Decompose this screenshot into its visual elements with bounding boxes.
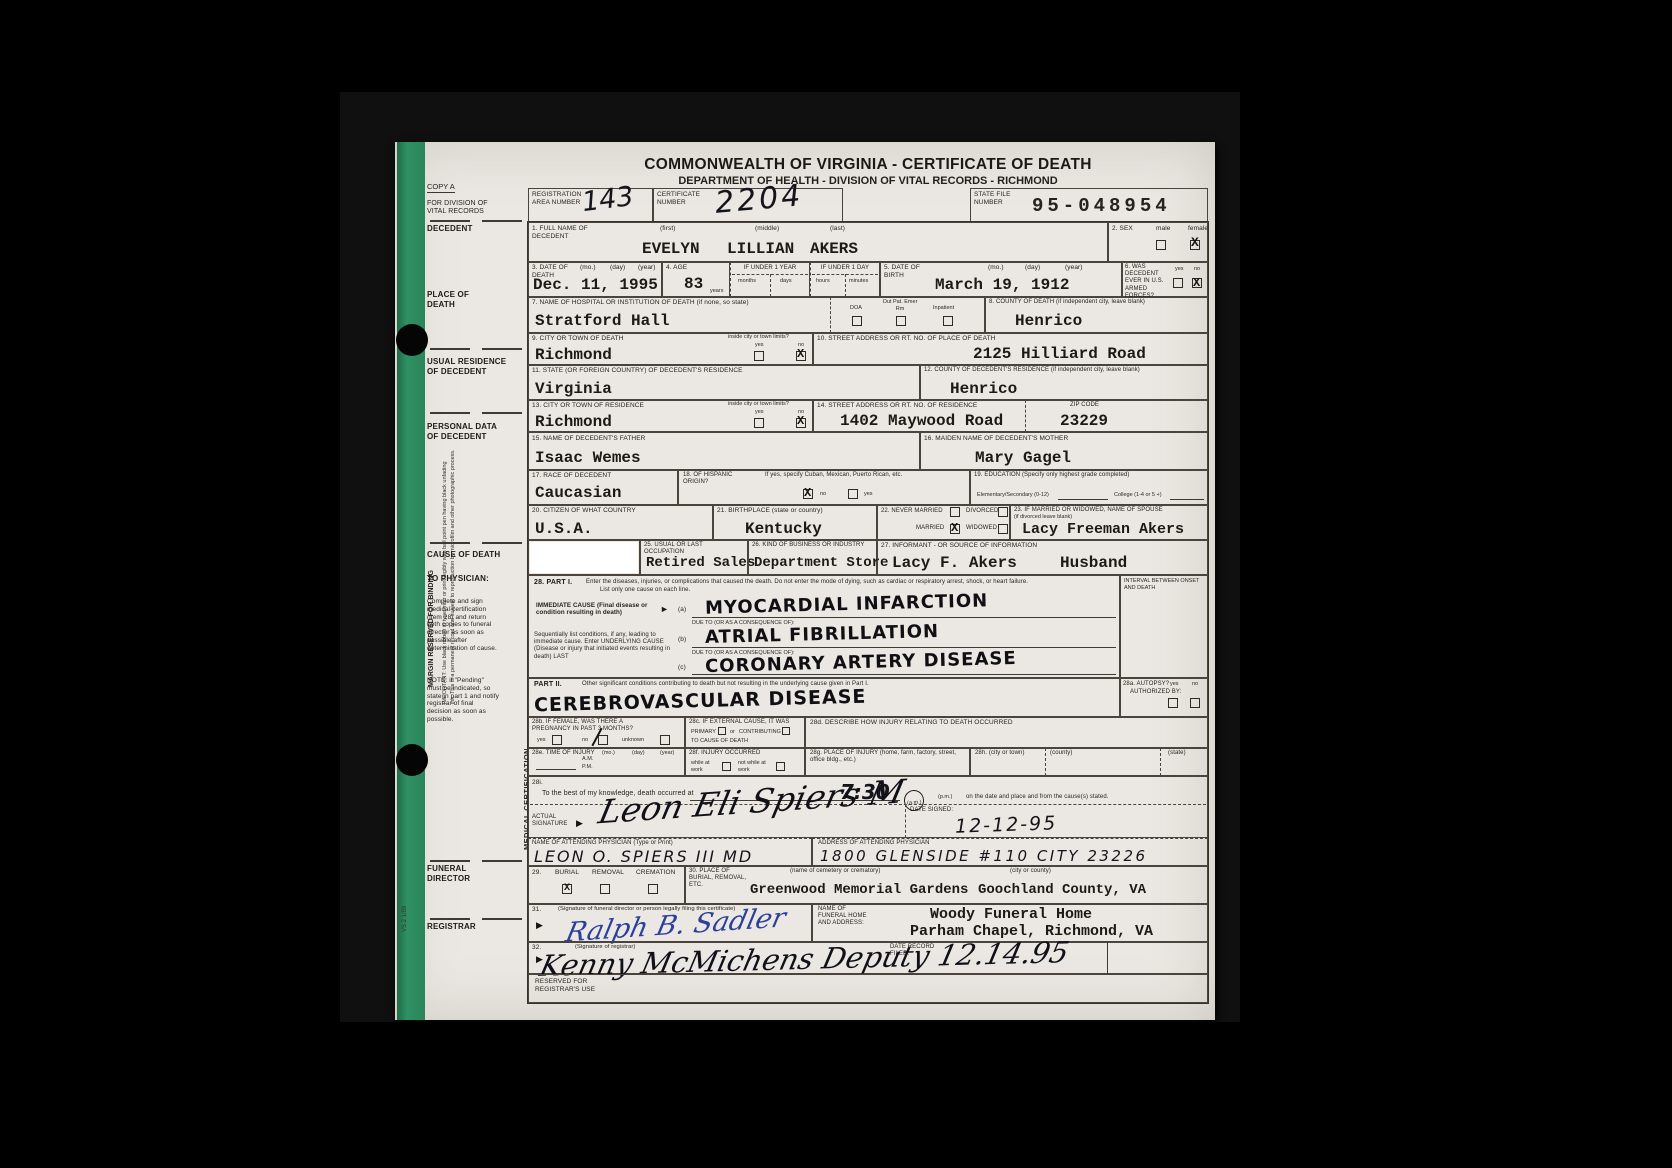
rail-registrar: REGISTRAR (427, 922, 476, 932)
rail-usual-residence: USUAL RESIDENCE OF DECEDENT (427, 357, 507, 377)
certification-text-after: on the date and place and from the cause… (966, 794, 1206, 801)
full-name-label: 1. FULL NAME OF DECEDENT (532, 225, 602, 241)
for-division-label: FOR DIVISION OF VITAL RECORDS (427, 200, 497, 217)
sex-label: 2. SEX (1112, 225, 1133, 233)
pm-label: P.M. (582, 764, 593, 771)
line-b-rule (692, 647, 1116, 648)
hours-label: hours (816, 278, 830, 285)
hispanic-yes-checkbox (848, 489, 858, 499)
part2-label: PART II. (534, 681, 562, 690)
actual-signature-pointer: ▶ (576, 818, 583, 829)
punch-hole-bottom (396, 744, 428, 776)
first-name-label: (first) (660, 225, 676, 233)
autopsy-no-label: no (1192, 681, 1198, 688)
rail-tick (482, 220, 522, 222)
certification-item-label: 28i. (532, 779, 543, 787)
hospital-label: 7. NAME OF HOSPITAL OR INSTITUTION OF DE… (532, 299, 832, 307)
primary-label: PRIMARY (691, 729, 716, 736)
place-of-injury-label: 28g. PLACE OF INJURY (home, farm, factor… (810, 750, 965, 764)
pregnancy-unknown-checkbox (660, 735, 670, 745)
sex-male-label: male (1156, 225, 1171, 233)
birthplace-label: 21. BIRTHPLACE (state or country) (717, 507, 823, 515)
rail-cause-of-death: CAUSE OF DEATH (427, 550, 522, 560)
rail-tick (430, 542, 470, 544)
cremation-label: CREMATION (636, 869, 675, 877)
date-signed-value: 12-12-95 (955, 812, 1058, 838)
age-years-label: years (710, 288, 723, 295)
death-limits-no-mark: X (797, 347, 804, 361)
divorced-checkbox (998, 507, 1008, 517)
never-married-label: 22. NEVER MARRIED (881, 508, 943, 515)
physician-addr-value: 1800 GLENSIDE #110 CITY 23226 (820, 847, 1148, 865)
middle-name-value: LILLIAN (727, 240, 794, 258)
informant-value: Lacy F. Akers (892, 554, 1017, 572)
registrar-right-divider (1107, 942, 1108, 974)
part1-text2: List only one cause on each line. (600, 587, 800, 594)
not-while-at-work-label: not while at work (738, 760, 772, 773)
injury-loc-divider1 (1045, 748, 1046, 776)
while-at-work-label: while at work (691, 760, 719, 773)
hispanic-label: 18. OF HISPANIC ORIGIN? (683, 472, 758, 486)
removal-checkbox (600, 884, 610, 894)
last-name-label: (last) (830, 225, 845, 233)
armed-yes-checkbox (1173, 278, 1183, 288)
burial-city-label: (city or county) (1010, 868, 1051, 875)
pregnancy-yes-label: yes (537, 737, 546, 744)
college-blank (1170, 499, 1204, 500)
father-label: 15. NAME OF DECEDENT'S FATHER (532, 435, 645, 443)
hospital-value: Stratford Hall (535, 312, 669, 330)
burial-city-value: Goochland County, VA (978, 882, 1146, 898)
rail-funeral-director: FUNERAL DIRECTOR (427, 864, 497, 884)
inpatient-checkbox (943, 316, 953, 326)
spouse-note: (if divorced leave blank) (1014, 514, 1072, 521)
funeral-home-line1: Woody Funeral Home (930, 906, 1092, 923)
county-of-death-label: 8. COUNTY OF DEATH (if independent city,… (989, 299, 1204, 306)
injury-day-label: (day) (632, 750, 645, 757)
residence-county-value: Henrico (950, 380, 1017, 398)
rail-personal-data: PERSONAL DATA OF DECEDENT (427, 422, 507, 442)
physician-name-value: LEON O. SPIERS III MD (534, 847, 753, 866)
cremation-checkbox (648, 884, 658, 894)
residence-street-label: 14. STREET ADDRESS OR RT. NO. OF RESIDEN… (817, 402, 977, 410)
citizen-label: 20. CITIZEN OF WHAT COUNTRY (532, 507, 636, 515)
residence-limits-label: inside city or town limits? (728, 401, 808, 408)
armed-no-mark: X (1193, 276, 1200, 290)
disposition-item-label: 29. (532, 869, 541, 877)
am-circled-label: (a.m.) (907, 799, 922, 806)
date-of-birth-value: March 19, 1912 (935, 276, 1069, 294)
rail-tick (430, 860, 470, 862)
outpat-checkbox (896, 316, 906, 326)
state-file-value: 95-048954 (1032, 195, 1171, 217)
married-checkbox: X (950, 524, 960, 534)
dod-mo-label: (mo.) (580, 264, 596, 272)
external-cause-label: 28c. IF EXTERNAL CAUSE, IT WAS (689, 719, 789, 726)
not-while-at-work-checkbox (776, 762, 785, 771)
or-label: or (730, 729, 735, 736)
rail-place-of-death: PLACE OF DEATH (427, 290, 497, 310)
divorced-label: DIVORCED (966, 508, 998, 515)
registration-area-value: 143 (580, 181, 635, 218)
elementary-blank (1058, 499, 1108, 500)
middle-name-label: (middle) (755, 225, 779, 233)
informant-relation: Husband (1060, 554, 1127, 572)
widowed-checkbox (998, 524, 1008, 534)
rail-tick (430, 220, 470, 222)
cemetery-label: (name of cemetery or crematory) (790, 868, 880, 875)
form-code: VS 2 1/89 (402, 877, 408, 932)
elementary-label: Elementary/Secondary (0-12) (977, 492, 1049, 499)
armed-no-checkbox: X (1192, 278, 1202, 288)
authorized-by-label: AUTHORIZED BY: (1130, 689, 1181, 696)
residence-street-value: 1402 Maywood Road (840, 412, 1003, 430)
last-name-value: AKERS (810, 240, 858, 258)
street-of-death-value: 2125 Hilliard Road (973, 345, 1146, 363)
never-married-checkbox (950, 507, 960, 517)
inpatient-label: Inpatient (933, 305, 954, 312)
armed-forces-label: 6. WAS DECEDENT EVER IN U.S. ARMED FORCE… (1125, 264, 1171, 300)
industry-value: Department Store (754, 555, 888, 571)
outpat-label: Out Pat. Emer Rm (882, 299, 918, 312)
to-cause-label: TO CAUSE OF DEATH (691, 738, 748, 745)
hispanic-no-label: no (820, 491, 826, 498)
death-limits-label: inside city or town limits? (728, 334, 808, 341)
under-1-year-label: IF UNDER 1 YEAR (730, 265, 810, 272)
widowed-label: WIDOWED (966, 525, 997, 532)
age-value: 83 (684, 275, 703, 293)
rail-decedent: DECEDENT (427, 224, 473, 234)
injury-mo-label: (mo.) (602, 750, 615, 757)
city-of-death-label: 9. CITY OR TOWN OF DEATH (532, 335, 623, 343)
line-a-tag: (a) (678, 606, 686, 614)
mother-label: 16. MAIDEN NAME OF DECEDENT'S MOTHER (924, 435, 1068, 443)
rail-tick (482, 542, 522, 544)
residence-city-value: Richmond (535, 413, 612, 431)
days-label: days (780, 278, 792, 285)
immediate-cause-label: IMMEDIATE CAUSE (Final disease or condit… (536, 602, 656, 617)
injury-occurred-label: 28f. INJURY OCCURRED (689, 750, 760, 757)
immediate-cause-arrow: ► (660, 604, 669, 614)
occupation-value: Retired Sales (646, 555, 755, 571)
hours-minutes-divider (845, 274, 846, 297)
father-value: Isaac Wemes (535, 449, 641, 467)
burial-mark: X (564, 883, 570, 894)
cemetery-value: Greenwood Memorial Gardens (750, 882, 968, 898)
copy-label: COPY A (427, 182, 455, 193)
injury-time-blank (536, 769, 576, 770)
zip-value: 23229 (1060, 412, 1108, 430)
redaction-box (530, 542, 638, 573)
zip-label: ZIP CODE (1070, 402, 1099, 409)
pregnancy-label: 28b. IF FEMALE, WAS THERE A PREGNANCY IN… (532, 719, 662, 733)
injury-year-label: (year) (660, 750, 674, 757)
dob-day-label: (day) (1025, 264, 1040, 272)
residence-limits-yes-label: yes (755, 409, 764, 416)
contributing-label: CONTRIBUTING (739, 729, 781, 736)
margin-binding-text: MARGIN RESERVED FOR BINDING (428, 507, 435, 687)
autopsy-no-checkbox (1190, 698, 1200, 708)
actual-signature-label: ACTUAL SIGNATURE (532, 814, 574, 828)
burial-label: BURIAL (555, 869, 579, 877)
race-label: 17. RACE OF DECEDENT (532, 472, 611, 480)
armed-yes-label: yes (1175, 266, 1184, 273)
college-label: College (1-4 or 5 +) (1114, 492, 1162, 499)
funeral-home-label: NAME OF FUNERAL HOME AND ADDRESS: (818, 906, 876, 928)
street-of-death-label: 10. STREET ADDRESS OR RT. NO. OF PLACE O… (817, 335, 995, 343)
residence-city-label: 13. CITY OR TOWN OF RESIDENCE (532, 402, 644, 410)
pregnancy-unknown-label: unknown (622, 737, 644, 744)
rail-to-physician: TO PHYSICIAN: (427, 574, 497, 584)
describe-injury-label: 28d. DESCRIBE HOW INJURY RELATING TO DEA… (810, 719, 1013, 727)
sequential-label: Sequentially list conditions, if any, le… (534, 632, 674, 661)
rail-tick (482, 918, 522, 920)
registrar-item-label: 32. (532, 944, 541, 952)
residence-county-label: 12. COUNTY OF DECEDENT'S RESIDENCE (if i… (924, 367, 1204, 374)
county-of-death-value: Henrico (1015, 312, 1082, 330)
state-file-label: STATE FILE NUMBER (974, 191, 1024, 207)
pregnancy-yes-checkbox (552, 735, 562, 745)
education-label: 19. EDUCATION (Specify only highest grad… (974, 472, 1204, 479)
hispanic-no-mark: X (804, 486, 811, 500)
rail-tick (430, 412, 470, 414)
under-1-day-label: IF UNDER 1 DAY (810, 265, 880, 272)
sex-female-checkbox: X (1190, 240, 1200, 250)
autopsy-yes-checkbox (1168, 698, 1178, 708)
sex-female-label: female (1188, 225, 1208, 233)
date-of-death-value: Dec. 11, 1995 (533, 276, 658, 294)
rail-physician-note2: NOTE: if "Pending" must be indicated, so… (427, 677, 499, 724)
reserved-label: RESERVED FOR REGISTRAR'S USE (535, 978, 615, 994)
spouse-value: Lacy Freeman Akers (1022, 521, 1184, 538)
married-label: MARRIED (916, 525, 944, 532)
doa-label: DOA (850, 305, 862, 312)
part1-label: 28. PART I. (534, 579, 572, 588)
residence-limits-yes-checkbox (754, 418, 764, 428)
contributing-checkbox (782, 727, 790, 735)
death-limits-yes-label: yes (755, 342, 764, 349)
dob-year-label: (year) (1065, 264, 1083, 272)
hispanic-yes-label: yes (864, 491, 873, 498)
primary-checkbox (718, 727, 726, 735)
injury-loc-divider2 (1160, 748, 1161, 776)
death-certificate-sheet: MARGIN RESERVED FOR BINDING IMPORTANT: U… (395, 142, 1215, 1020)
rail-tick (430, 348, 470, 350)
zip-divider (1025, 400, 1026, 432)
residence-state-label: 11. STATE (OR FOREIGN COUNTRY) OF DECEDE… (532, 367, 743, 375)
autopsy-yes-label: yes (1170, 681, 1179, 688)
date-signed-label: DATE SIGNED: (910, 807, 953, 814)
armed-no-label: no (1194, 266, 1200, 273)
certificate-title: COMMONWEALTH OF VIRGINIA - CERTIFICATE O… (528, 156, 1208, 174)
while-at-work-checkbox (722, 762, 731, 771)
autopsy-label: 28a. AUTOPSY? (1123, 681, 1169, 688)
hispanic-no-checkbox: X (803, 489, 813, 499)
pm-paren-label: (p.m.) (938, 794, 952, 801)
pregnancy-no-label: no (582, 737, 588, 744)
residence-state-value: Virginia (535, 380, 612, 398)
citizen-value: U.S.A. (535, 520, 593, 538)
mother-value: Mary Gagel (975, 449, 1071, 467)
race-value: Caucasian (535, 484, 621, 502)
birthplace-value: Kentucky (745, 520, 822, 538)
informant-label: 27. INFORMANT - OR SOURCE OF INFORMATION (881, 542, 1037, 550)
sex-female-mark: X (1191, 235, 1199, 250)
part1-text: Enter the diseases, injuries, or complic… (586, 579, 1114, 586)
line-c-tag: (c) (678, 664, 686, 672)
residence-limits-no-mark: X (797, 414, 804, 428)
rail-physician-note: Complete and sign medical certification … (427, 598, 499, 653)
fd-sig-pointer: ▶ (536, 920, 543, 931)
interval-label: INTERVAL BETWEEN ONSET AND DEATH (1124, 578, 1202, 591)
city-of-death-value: Richmond (535, 346, 612, 364)
fd-item-label: 31. (532, 906, 541, 914)
doa-checkbox (852, 316, 862, 326)
death-limits-yes-checkbox (754, 351, 764, 361)
dod-day-label: (day) (610, 264, 625, 272)
burial-checkbox: X (562, 884, 572, 894)
residence-limits-no-checkbox: X (796, 418, 806, 428)
sex-male-checkbox (1156, 240, 1166, 250)
minutes-label: minutes (849, 278, 868, 285)
form-layer: MARGIN RESERVED FOR BINDING IMPORTANT: U… (370, 142, 1215, 1020)
age-label: 4. AGE (666, 264, 687, 272)
death-limits-no-checkbox: X (796, 351, 806, 361)
dob-mo-label: (mo.) (988, 264, 1004, 272)
removal-label: REMOVAL (592, 869, 624, 877)
rail-tick (482, 860, 522, 862)
rail-tick (430, 918, 470, 920)
months-days-divider (770, 274, 771, 297)
place-of-burial-label: 30. PLACE OF BURIAL, REMOVAL, ETC. (689, 868, 749, 890)
injury-city-label: 28h. (city or town) (975, 750, 1025, 757)
married-mark: X (951, 521, 958, 535)
line-b-tag: (b) (678, 636, 686, 644)
date-of-birth-label: 5. DATE OF BIRTH (884, 264, 926, 280)
certificate-number-label: CERTIFICATE NUMBER (657, 191, 712, 207)
rail-tick (482, 412, 522, 414)
hospital-checkbox-divider (830, 297, 831, 333)
am-label: A.M. (582, 756, 593, 763)
reserved-box (528, 974, 1208, 1003)
dod-year-label: (year) (638, 264, 656, 272)
pregnancy-no-checkbox (598, 735, 608, 745)
hispanic-note: If yes, specify Cuban, Mexican, Puerto R… (765, 472, 910, 479)
injury-state-label: (state) (1168, 750, 1186, 757)
months-label: months (738, 278, 756, 285)
injury-county-label: (county) (1050, 750, 1072, 757)
first-name-value: EVELYN (642, 240, 700, 258)
industry-label: 26. KIND OF BUSINESS OR INDUSTRY (752, 542, 872, 549)
rail-tick (482, 348, 522, 350)
punch-hole-top (396, 324, 428, 356)
date-signed-divider (905, 804, 906, 838)
